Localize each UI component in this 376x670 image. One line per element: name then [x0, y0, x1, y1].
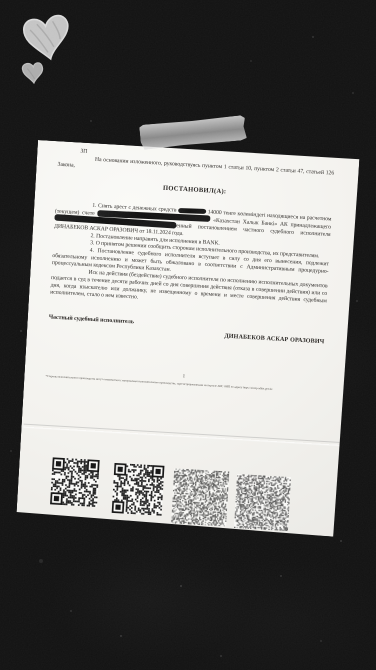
signature-name: ДИНАБЕКОВ АСКАР ОРАЗОВИЧ — [224, 332, 324, 345]
tape-strip — [139, 115, 247, 150]
redaction-bar-1 — [178, 208, 206, 214]
document-page: ЗП На основании изложенного, руководству… — [16, 140, 359, 537]
signature-block: Частный судебный исполнитель ДИНАБЕКОВ А… — [48, 313, 325, 353]
qr-code-1 — [50, 457, 100, 507]
photo-scene: ЗП На основании изложенного, руководству… — [0, 0, 376, 670]
signature-title: Частный судебный исполнитель — [49, 313, 134, 325]
dust-specks — [0, 0, 2, 2]
qr-code-4 — [234, 474, 291, 531]
heart-doodle-icon — [18, 6, 80, 90]
fold-crease — [23, 424, 341, 445]
document-text: ЗП На основании изложенного, руководству… — [45, 146, 335, 397]
qr-code-3 — [171, 468, 229, 526]
qr-code-2 — [112, 463, 165, 516]
